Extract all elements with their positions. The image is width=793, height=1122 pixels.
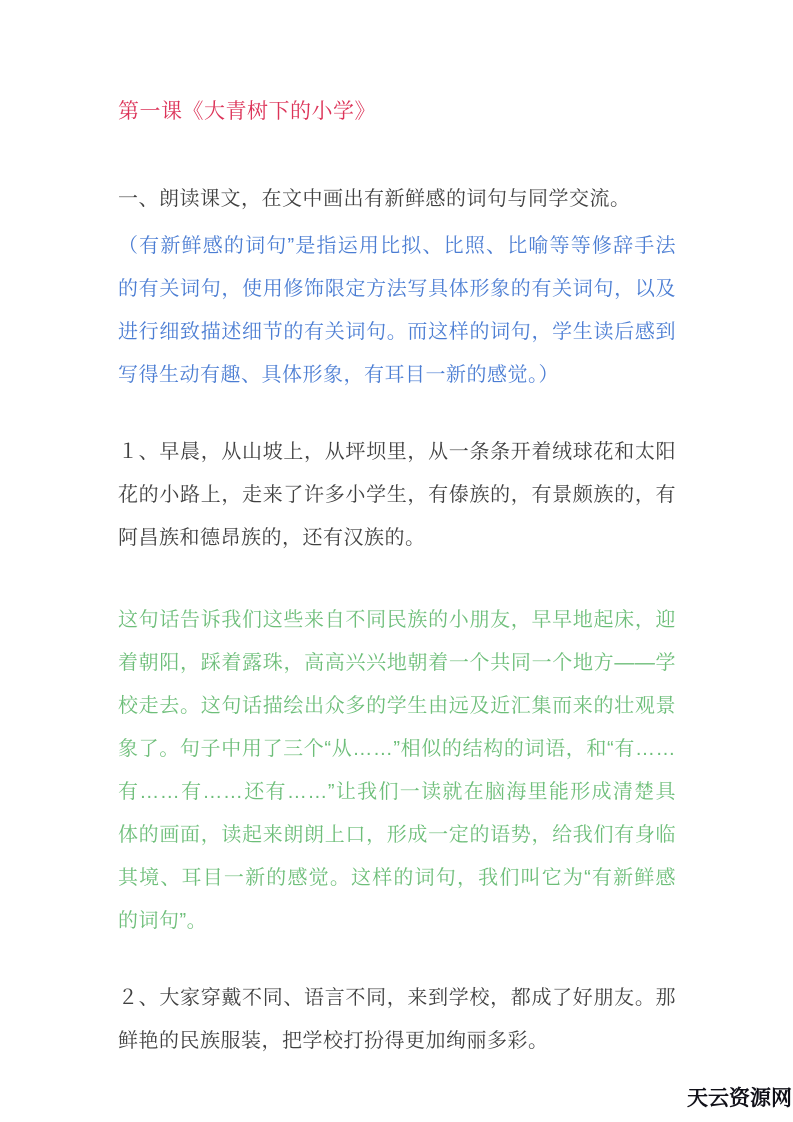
lesson-title: 第一课《大青树下的小学》 bbox=[118, 97, 676, 127]
instruction-paragraph: 一、朗读课文，在文中画出有新鲜感的词句与同学交流。 bbox=[118, 178, 676, 221]
document-page: 第一课《大青树下的小学》 一、朗读课文，在文中画出有新鲜感的词句与同学交流。 （… bbox=[0, 0, 793, 1122]
site-watermark: 天云资源网 bbox=[687, 1088, 792, 1110]
sentence-1-paragraph: １、早晨，从山坡上，从坪坝里，从一条条开着绒球花和太阳花的小路上，走来了许多小学… bbox=[118, 431, 676, 560]
analysis-annotation-paragraph: 这句话告诉我们这些来自不同民族的小朋友，早早地起床，迎着朝阳，踩着露珠，高高兴兴… bbox=[118, 599, 676, 943]
definition-annotation-paragraph: （有新鲜感的词句”是指运用比拟、比照、比喻等等修辞手法的有关词句，使用修饰限定方… bbox=[118, 225, 676, 397]
sentence-2-paragraph: ２、大家穿戴不同、语言不同，来到学校，都成了好朋友。那鲜艳的民族服装，把学校打扮… bbox=[118, 977, 676, 1063]
